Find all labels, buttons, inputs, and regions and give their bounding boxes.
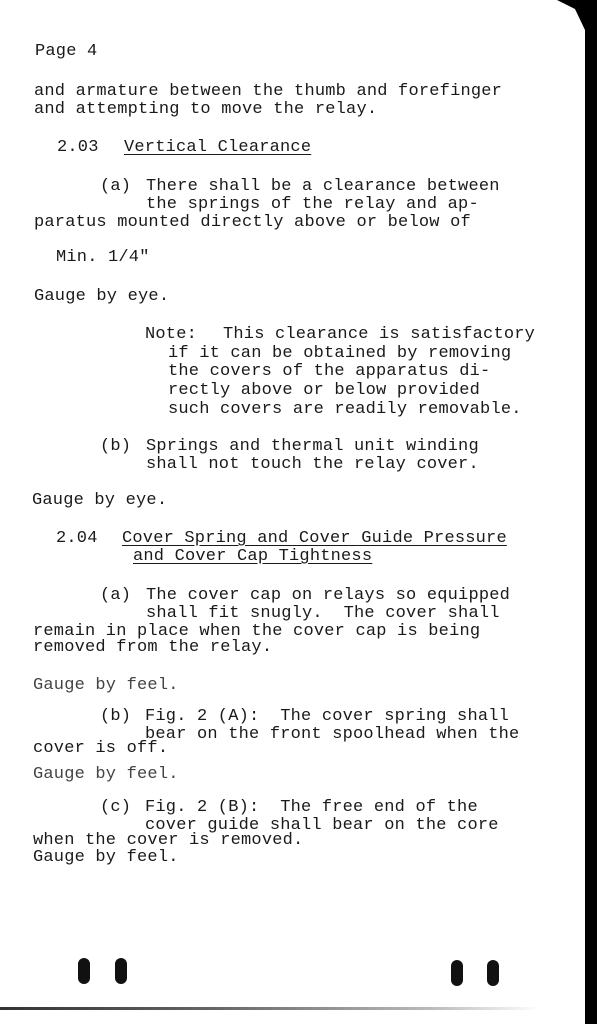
note-text: such covers are readily removable.: [168, 401, 522, 419]
item-label: (a): [100, 587, 131, 605]
item-text: Fig. 2 (A): The cover spring shall: [145, 708, 509, 726]
gauge-note: Gauge by feel.: [33, 849, 179, 867]
section-title: and Cover Cap Tightness: [133, 548, 372, 566]
intro-line: and attempting to move the relay.: [34, 101, 377, 119]
item-text: removed from the relay.: [33, 639, 272, 657]
page-header: Page 4: [35, 43, 97, 61]
item-text: bear on the front spoolhead when the: [145, 726, 519, 744]
note-text: This clearance is satisfactory: [223, 326, 535, 344]
item-text: Fig. 2 (B): The free end of the: [145, 799, 478, 817]
section-title: Cover Spring and Cover Guide Pressure: [122, 530, 507, 548]
gauge-note: Gauge by eye.: [34, 288, 169, 306]
note-label: Note:: [145, 326, 197, 344]
binder-hole-icon: [451, 960, 463, 986]
item-text: shall not touch the relay cover.: [146, 456, 479, 474]
binder-hole-icon: [115, 958, 127, 984]
item-label: (b): [100, 708, 131, 726]
page-corner: [557, 0, 597, 30]
page-bottom-edge: [0, 1007, 540, 1010]
section-number: 2.03: [57, 139, 99, 157]
gauge-note: Gauge by eye.: [32, 492, 167, 510]
intro-line: and armature between the thumb and foref…: [34, 83, 502, 101]
item-label: (b): [100, 438, 131, 456]
section-title: Vertical Clearance: [124, 139, 311, 157]
item-text: There shall be a clearance between: [146, 178, 500, 196]
section-number: 2.04: [56, 530, 98, 548]
note-text: if it can be obtained by removing: [168, 345, 511, 363]
gauge-note: Gauge by feel.: [33, 677, 179, 695]
item-label: (c): [100, 799, 131, 817]
item-text: paratus mounted directly above or below …: [34, 214, 471, 232]
binder-hole-icon: [487, 960, 499, 986]
item-text: Springs and thermal unit winding: [146, 438, 479, 456]
page-edge: [585, 0, 597, 1024]
item-text: shall fit snugly. The cover shall: [146, 605, 500, 623]
item-text: cover is off.: [33, 740, 168, 758]
gauge-note: Gauge by feel.: [33, 766, 179, 784]
item-text: The cover cap on relays so equipped: [146, 587, 510, 605]
note-text: the covers of the apparatus di-: [168, 363, 490, 381]
item-text: the springs of the relay and ap-: [146, 196, 479, 214]
note-text: rectly above or below provided: [168, 382, 480, 400]
binder-hole-icon: [78, 958, 90, 984]
item-label: (a): [100, 178, 131, 196]
requirement: Min. 1/4": [56, 249, 150, 267]
